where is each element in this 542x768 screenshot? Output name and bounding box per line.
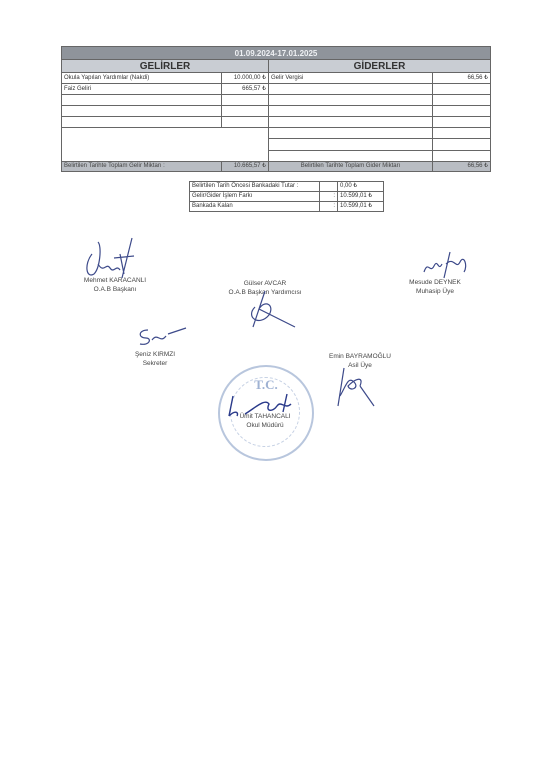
table-row bbox=[62, 117, 491, 128]
document-page: 01.09.2024-17.01.2025 GELİRLER GİDERLER … bbox=[0, 0, 542, 768]
expense-label: Gelir Vergisi bbox=[269, 73, 433, 84]
bank-label: Bankada Kalan bbox=[190, 202, 320, 212]
bank-label: Belirtilen Tarih Öncesi Bankadaki Tutar … bbox=[190, 182, 320, 192]
income-amount: 10.000,00 ₺ bbox=[222, 73, 269, 84]
income-amount: 665,57 ₺ bbox=[222, 84, 269, 95]
expense-amount bbox=[433, 84, 491, 95]
income-label: Okula Yapılan Yardımlar (Nakdi) bbox=[62, 73, 222, 84]
signature-block: Ümit TAHANCALI Okul Müdürü bbox=[230, 412, 300, 430]
signer-title: Muhasip Üye bbox=[380, 287, 490, 296]
totals-row: Belirtilen Tarihte Toplam Gelir Miktarı … bbox=[62, 162, 491, 172]
handwritten-signature-icon bbox=[80, 234, 140, 284]
expense-header: GİDERLER bbox=[269, 60, 491, 73]
income-header: GELİRLER bbox=[62, 60, 269, 73]
income-total: 10.665,57 ₺ bbox=[222, 162, 269, 172]
bank-value: 10.599,01 ₺ bbox=[338, 202, 384, 212]
signature-block: Emin BAYRAMOĞLU Asil Üye bbox=[305, 352, 415, 370]
handwritten-signature-icon bbox=[330, 366, 380, 411]
expense-label bbox=[269, 84, 433, 95]
signature-block: Mesude DEYNEK Muhasip Üye bbox=[380, 278, 490, 296]
income-label: Faiz Geliri bbox=[62, 84, 222, 95]
signer-name: Şeniz KIRMZI bbox=[110, 350, 200, 359]
bank-value: 0,00 ₺ bbox=[338, 182, 384, 192]
signer-title: Okul Müdürü bbox=[230, 421, 300, 430]
income-expense-table: 01.09.2024-17.01.2025 GELİRLER GİDERLER … bbox=[61, 46, 491, 172]
bank-label: Gelir/Gider İşlem Farkı bbox=[190, 192, 320, 202]
table-row: Okula Yapılan Yardımlar (Nakdi) 10.000,0… bbox=[62, 73, 491, 84]
report-period: 01.09.2024-17.01.2025 bbox=[62, 47, 491, 60]
signature-block: Şeniz KIRMZI Sekreter bbox=[110, 350, 200, 368]
expense-total: 66,56 ₺ bbox=[433, 162, 491, 172]
signer-title: Sekreter bbox=[110, 359, 200, 368]
handwritten-signature-icon bbox=[245, 287, 305, 332]
handwritten-signature-icon bbox=[132, 326, 192, 350]
handwritten-signature-icon bbox=[225, 390, 305, 420]
signer-name: Emin BAYRAMOĞLU bbox=[305, 352, 415, 361]
bank-row: Belirtilen Tarih Öncesi Bankadaki Tutar … bbox=[190, 182, 384, 192]
bank-value: 10.599,01 ₺ bbox=[338, 192, 384, 202]
signature-block: Mehmet KARACANLI O.A.B Başkanı bbox=[60, 276, 170, 294]
table-row bbox=[62, 106, 491, 117]
table-row: Faiz Geliri 665,57 ₺ bbox=[62, 84, 491, 95]
signature-block: Gülser AVCAR O.A.B Başkan Yardımcısı bbox=[205, 279, 325, 297]
handwritten-signature-icon bbox=[420, 250, 480, 280]
signer-title: O.A.B Başkanı bbox=[60, 285, 170, 294]
expense-total-label: Belirtilen Tarihte Toplam Gider Miktarı bbox=[269, 162, 433, 172]
table-row bbox=[62, 128, 491, 139]
bank-row: Gelir/Gider İşlem Farkı : 10.599,01 ₺ bbox=[190, 192, 384, 202]
table-row bbox=[62, 95, 491, 106]
bank-summary-table: Belirtilen Tarih Öncesi Bankadaki Tutar … bbox=[189, 181, 384, 212]
bank-row: Bankada Kalan : 10.599,01 ₺ bbox=[190, 202, 384, 212]
expense-amount: 66,56 ₺ bbox=[433, 73, 491, 84]
income-total-label: Belirtilen Tarihte Toplam Gelir Miktarı … bbox=[62, 162, 222, 172]
